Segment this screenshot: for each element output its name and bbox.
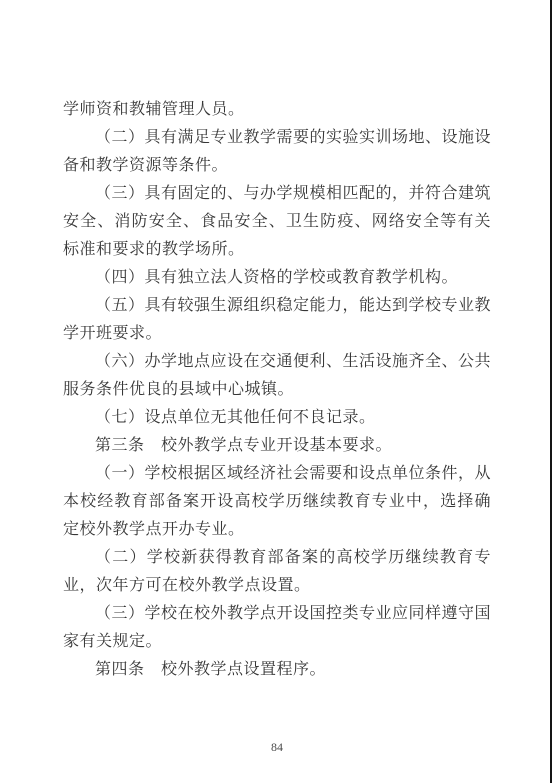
paragraph: （一）学校根据区域经济社会需要和设点单位条件，从本校经教育部备案开设高校学历继续… (63, 460, 491, 544)
paragraph: （三）学校在校外教学点开设国控类专业应同样遵守国家有关规定。 (63, 600, 491, 656)
document-page: 学师资和教辅管理人员。（二）具有满足专业教学需要的实验实训场地、设施设备和教学资… (0, 0, 554, 783)
paragraph: （七）设点单位无其他任何不良记录。 (63, 404, 491, 432)
document-body: 学师资和教辅管理人员。（二）具有满足专业教学需要的实验实训场地、设施设备和教学资… (63, 96, 491, 684)
paragraph: 第四条 校外教学点设置程序。 (63, 656, 491, 684)
page-number: 84 (0, 740, 554, 755)
paragraph: （五）具有较强生源组织稳定能力，能达到学校专业教学开班要求。 (63, 292, 491, 348)
paragraph: （二）具有满足专业教学需要的实验实训场地、设施设备和教学资源等条件。 (63, 124, 491, 180)
paragraph: （三）具有固定的、与办学规模相匹配的，并符合建筑安全、消防安全、食品安全、卫生防… (63, 180, 491, 264)
paragraph: （二）学校新获得教育部备案的高校学历继续教育专业，次年方可在校外教学点设置。 (63, 544, 491, 600)
paragraph: （六）办学地点应设在交通便利、生活设施齐全、公共服务条件优良的县域中心城镇。 (63, 348, 491, 404)
scan-edge-line (550, 0, 552, 783)
paragraph: 学师资和教辅管理人员。 (63, 96, 491, 124)
paragraph: （四）具有独立法人资格的学校或教育教学机构。 (63, 264, 491, 292)
paragraph: 第三条 校外教学点专业开设基本要求。 (63, 432, 491, 460)
